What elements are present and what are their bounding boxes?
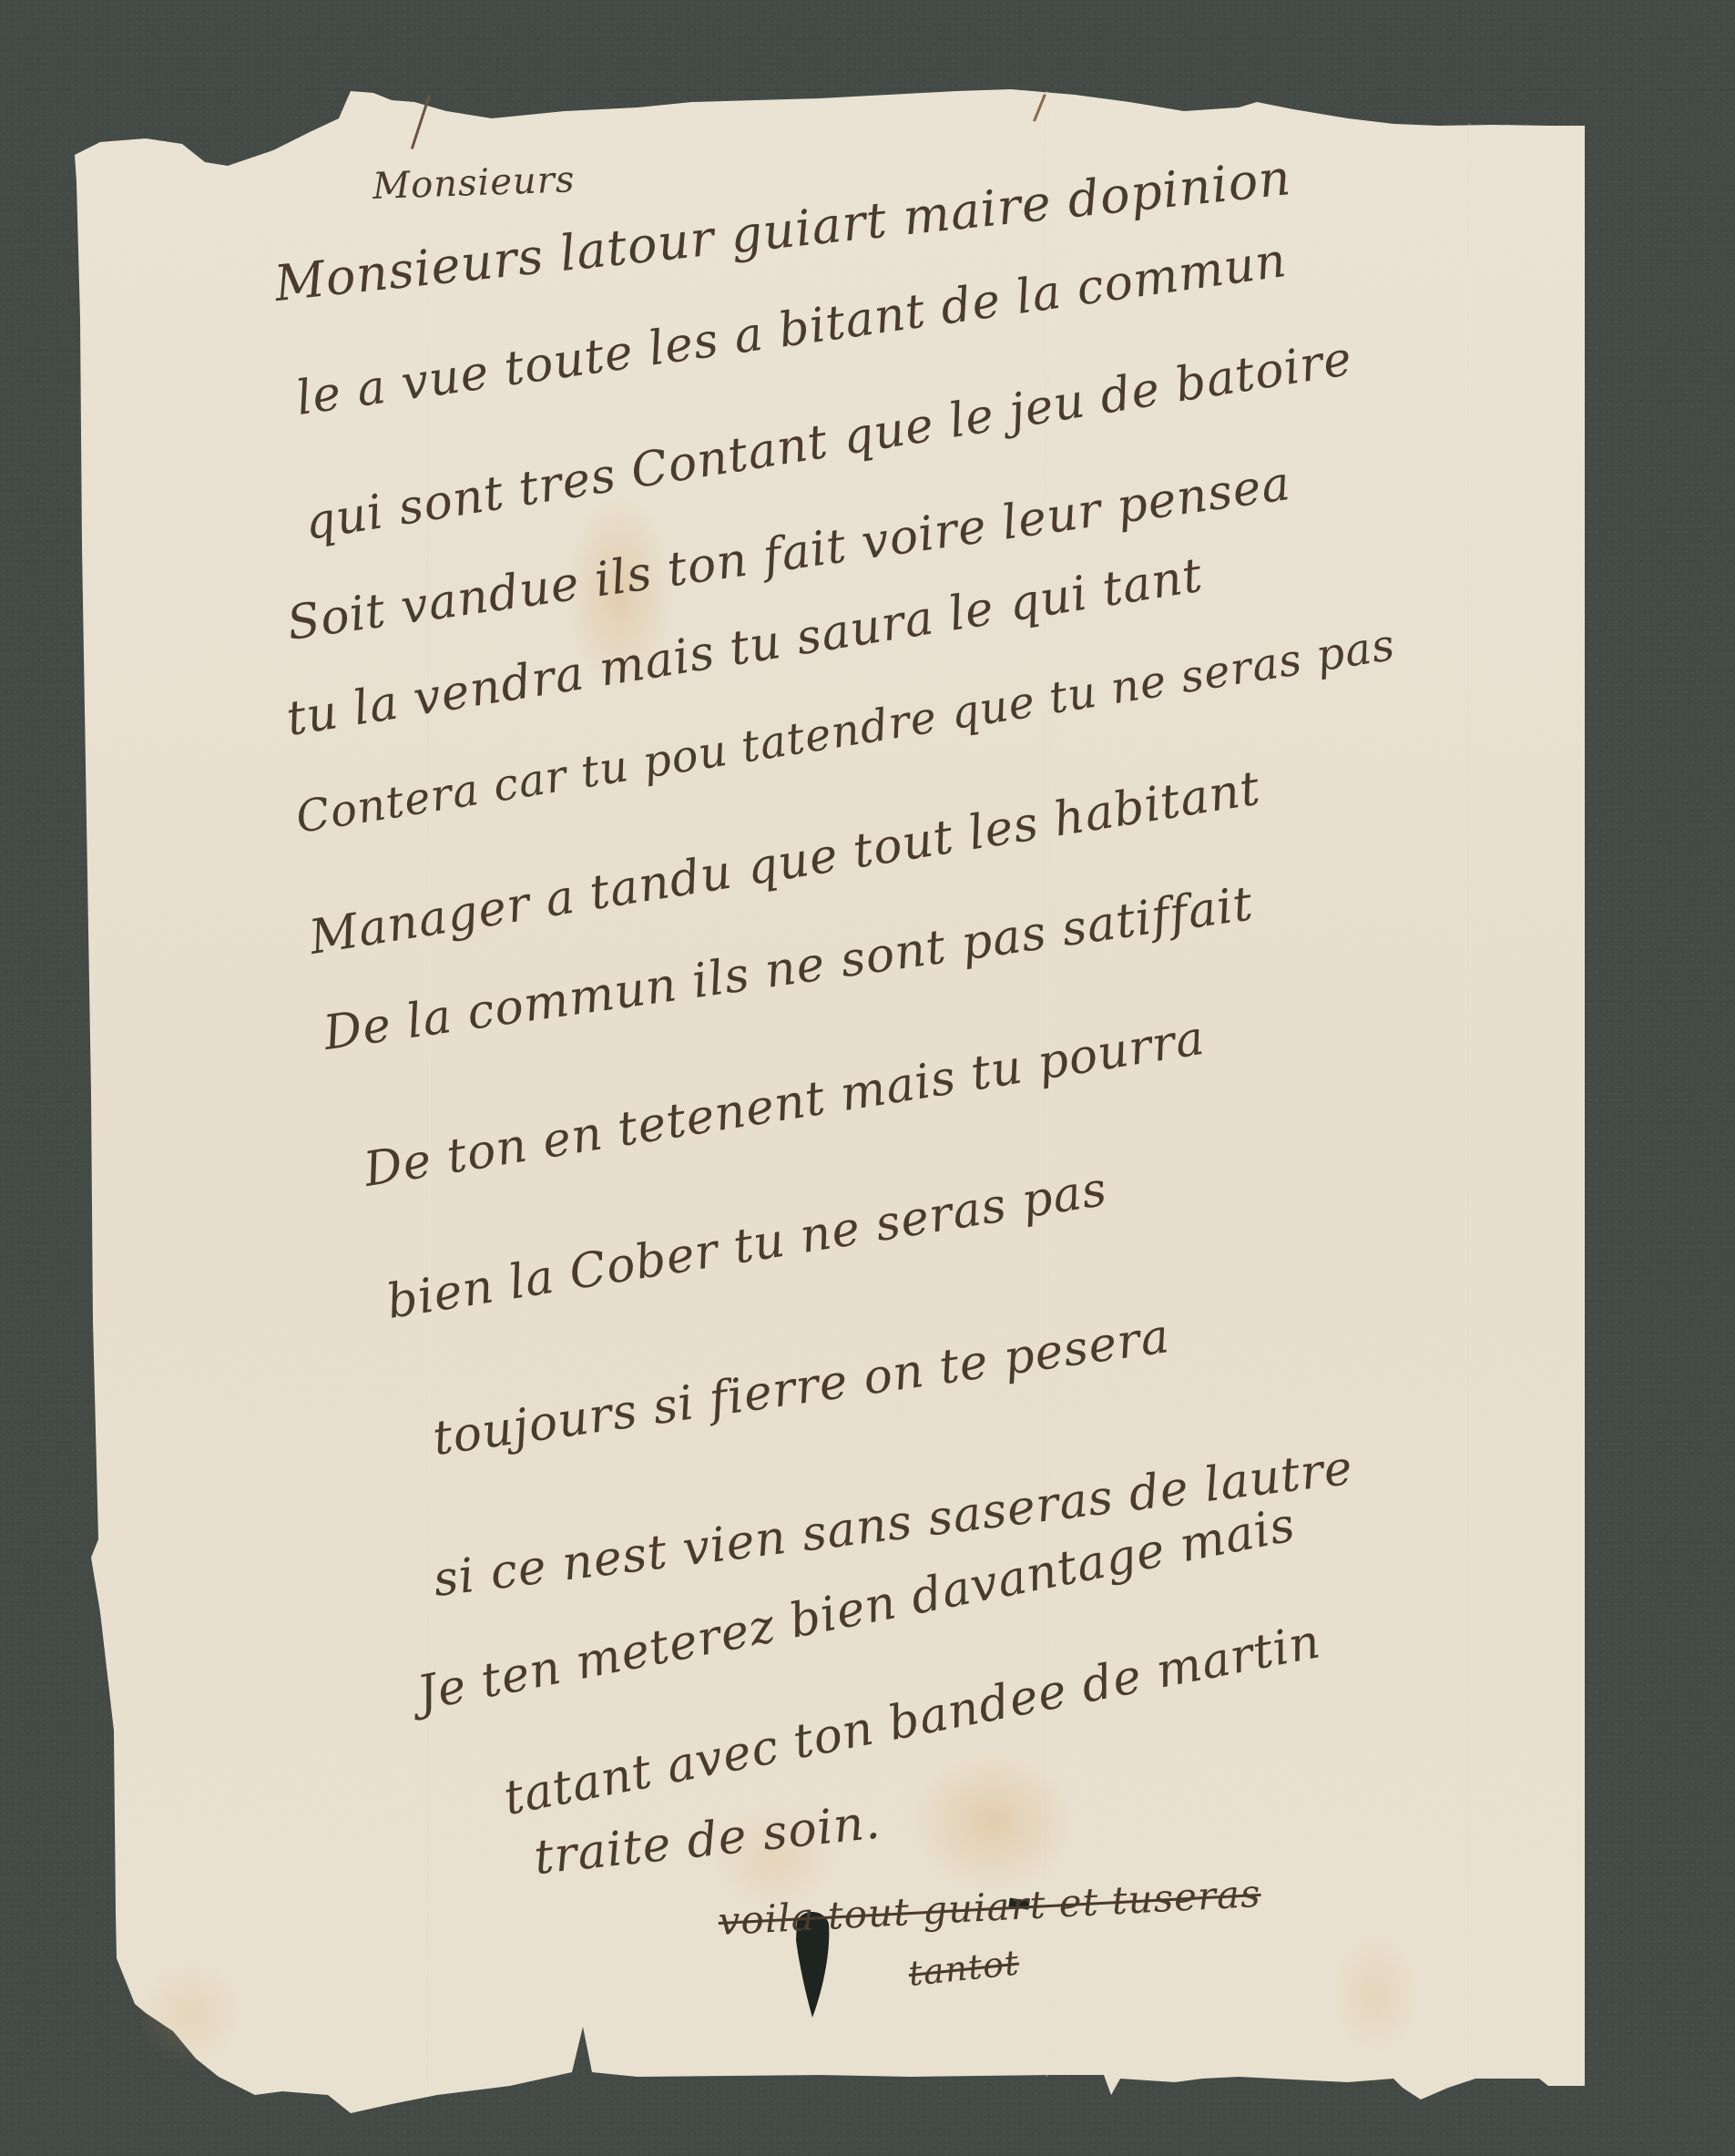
- fold-line-vertical-right: [1468, 123, 1471, 2081]
- age-stain: [911, 1749, 1075, 1895]
- salutation: Monsieurs: [372, 158, 576, 208]
- age-stain: [137, 1958, 246, 2068]
- age-stain: [1330, 1931, 1421, 2059]
- document-mount: Monsieurs Monsieurs latour guiart maire …: [0, 0, 1735, 2156]
